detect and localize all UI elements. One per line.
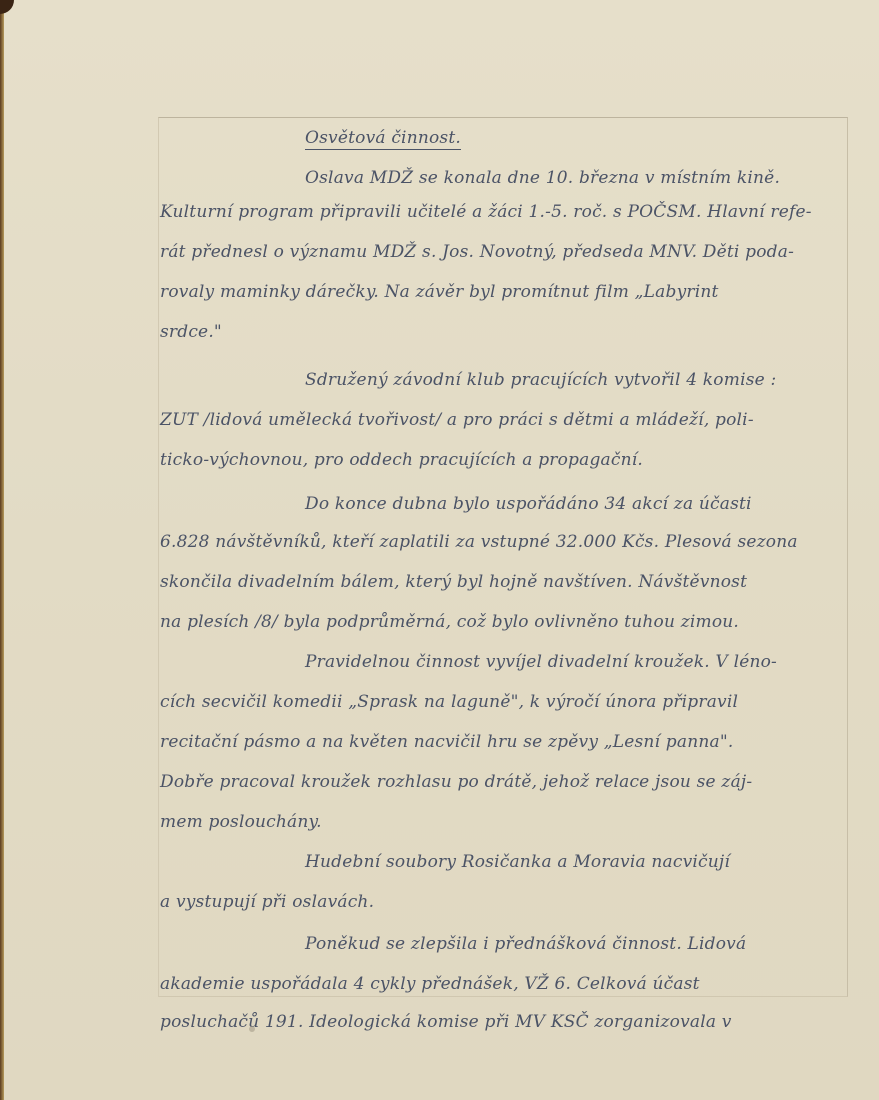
text-line: Kulturní program připravili učitelé a žá… (160, 202, 812, 222)
text-line: akademie uspořádala 4 cykly přednášek, V… (160, 974, 700, 994)
text-line: ticko-výchovnou, pro oddech pracujících … (160, 450, 643, 470)
text-line: Poněkud se zlepšila i přednášková činnos… (305, 934, 746, 954)
page-corner (0, 0, 14, 14)
page-binding-edge (0, 0, 4, 1100)
text-line: recitační pásmo a na květen nacvičil hru… (160, 732, 733, 752)
text-line: ZUT /lidová umělecká tvořivost/ a pro pr… (160, 410, 754, 430)
text-line: skončila divadelním bálem, který byl hoj… (160, 572, 747, 592)
text-line: rát přednesl o významu MDŽ s. Jos. Novot… (160, 242, 794, 262)
text-line: 6.828 návštěvníků, kteří zaplatili za vs… (160, 532, 798, 552)
text-line: Hudební soubory Rosičanka a Moravia nacv… (305, 852, 730, 872)
handwritten-page: Osvětová činnost. Oslava MDŽ se konala d… (0, 0, 879, 1100)
text-line: Pravidelnou činnost vyvíjel divadelní kr… (305, 652, 777, 672)
text-line: cích secvičil komedii „Sprask na laguně"… (160, 692, 738, 712)
text-line: Sdružený závodní klub pracujících vytvoř… (305, 370, 776, 390)
text-line: Do konce dubna bylo uspořádáno 34 akcí z… (305, 494, 752, 514)
paper-stain (249, 1026, 255, 1032)
text-line: a vystupují při oslavách. (160, 892, 374, 912)
text-line: Oslava MDŽ se konala dne 10. března v mí… (305, 168, 780, 188)
page-title: Osvětová činnost. (305, 128, 461, 148)
text-line: rovaly maminky dárečky. Na závěr byl pro… (160, 282, 719, 302)
text-line: posluchačů 191. Ideologická komise při M… (160, 1012, 732, 1032)
text-line: srdce." (160, 322, 222, 342)
text-line: Dobře pracoval kroužek rozhlasu po drátě… (160, 772, 752, 792)
text-line: na plesích /8/ byla podprůměrná, což byl… (160, 612, 739, 632)
text-line: mem poslouchány. (160, 812, 322, 832)
